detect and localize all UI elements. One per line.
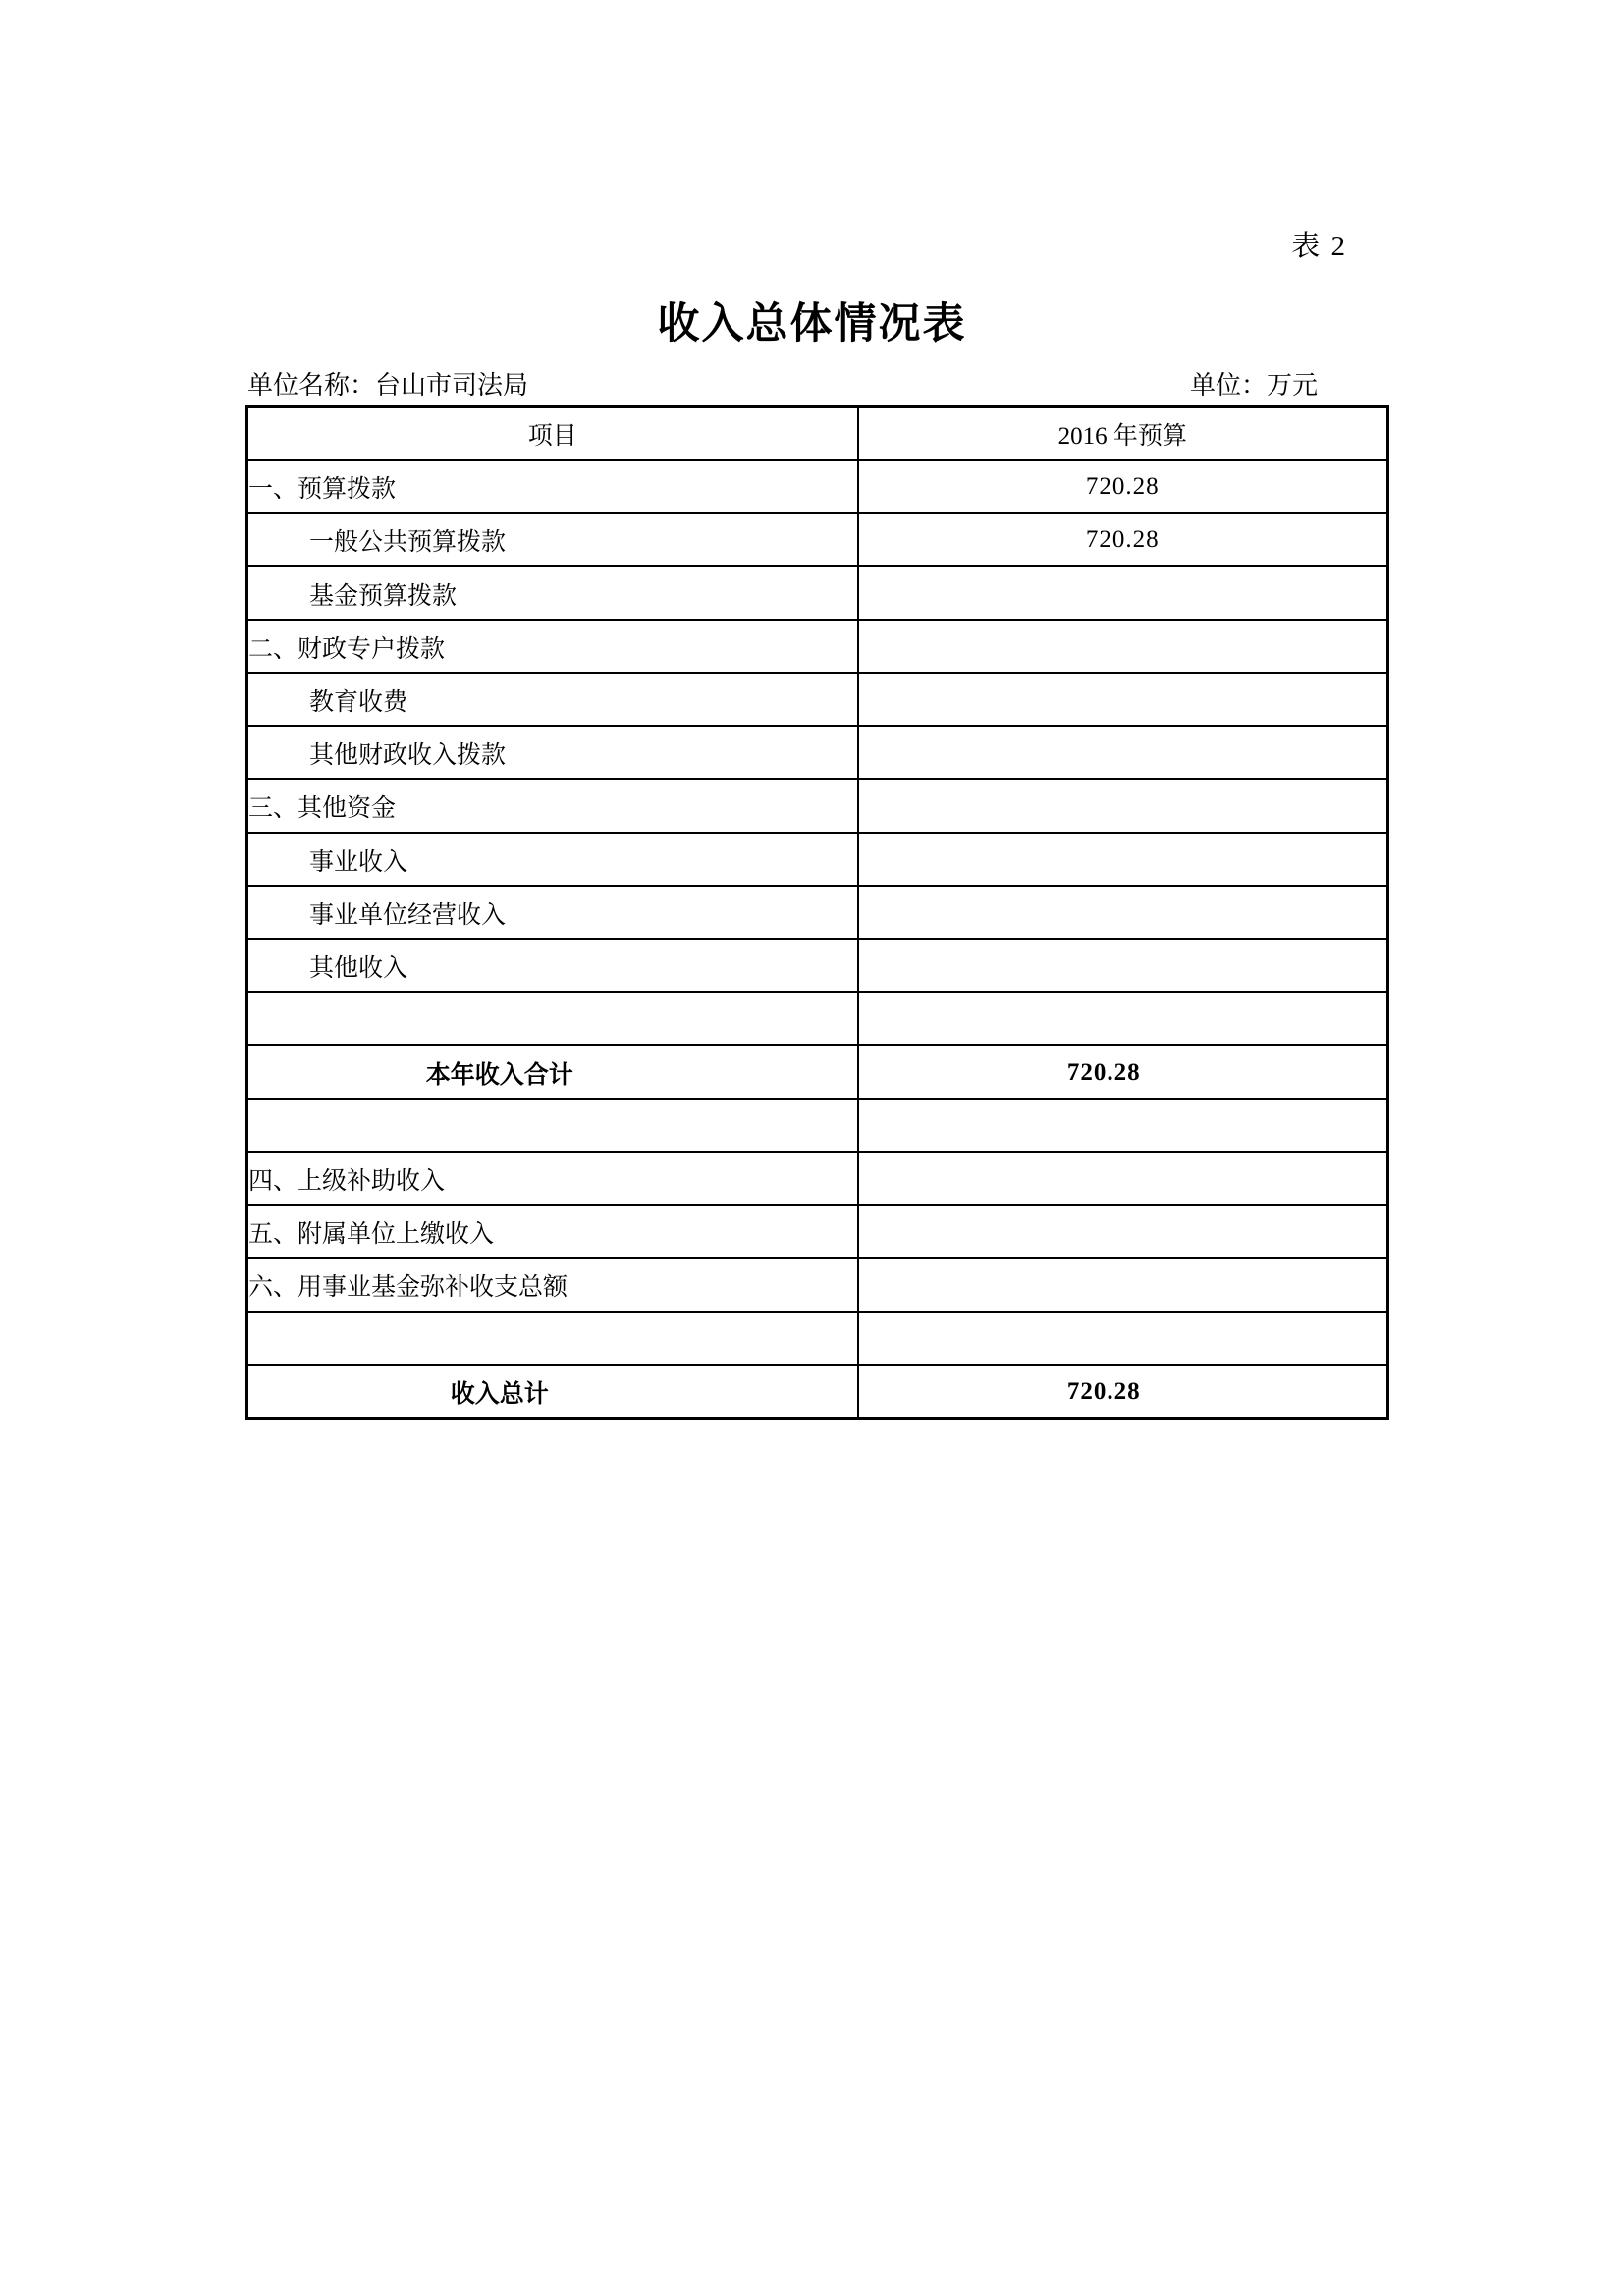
row-label-cell: 四、上级补助收入 <box>247 1152 858 1205</box>
currency-unit-value: 万元 <box>1267 371 1318 400</box>
table-row: 基金预算拨款 <box>247 566 1388 619</box>
row-value-cell <box>858 673 1388 726</box>
income-summary-table: 项目 2016 年预算 一、预算拨款 720.28 一般公共预算拨款 720.2… <box>245 405 1389 1420</box>
table-row: 五、附属单位上缴收入 <box>247 1205 1388 1258</box>
row-label-cell: 收入总计 <box>247 1365 858 1419</box>
table-number: 表 2 <box>0 224 1347 264</box>
table-row <box>247 1099 1388 1152</box>
table-row: 一、预算拨款 720.28 <box>247 460 1388 513</box>
table-row: 收入总计 720.28 <box>247 1365 1388 1419</box>
table-row: 本年收入合计 720.28 <box>247 1045 1388 1098</box>
row-label-cell: 其他财政收入拨款 <box>247 726 858 779</box>
row-value-cell <box>858 1258 1388 1311</box>
row-label-cell: 基金预算拨款 <box>247 566 858 619</box>
row-label-cell: 一、预算拨款 <box>247 460 858 513</box>
table-row: 一般公共预算拨款 720.28 <box>247 513 1388 566</box>
row-label-cell <box>247 1312 858 1365</box>
column-header-item: 项目 <box>247 407 858 461</box>
row-value-cell: 720.28 <box>858 460 1388 513</box>
row-label-cell: 其他收入 <box>247 939 858 992</box>
unit-name: 单位名称：台山市司法局 <box>247 365 528 401</box>
table-row: 事业单位经营收入 <box>247 886 1388 939</box>
row-label-cell: 本年收入合计 <box>247 1045 858 1098</box>
row-label-cell <box>247 992 858 1045</box>
row-label-cell <box>247 1099 858 1152</box>
row-value-cell <box>858 833 1388 886</box>
row-label-cell: 六、用事业基金弥补收支总额 <box>247 1258 858 1311</box>
income-table-body: 一、预算拨款 720.28 一般公共预算拨款 720.28 基金预算拨款 二、财… <box>247 460 1388 1419</box>
row-value-cell <box>858 939 1388 992</box>
meta-line: 单位名称：台山市司法局 单位：万元 <box>247 365 1386 401</box>
currency-unit: 单位：万元 <box>1190 365 1386 401</box>
column-header-budget: 2016 年预算 <box>858 407 1388 461</box>
header-row: 项目 2016 年预算 <box>247 407 1388 461</box>
row-value-cell <box>858 779 1388 832</box>
row-value-cell <box>858 1099 1388 1152</box>
table-row: 其他收入 <box>247 939 1388 992</box>
row-label-cell: 事业收入 <box>247 833 858 886</box>
row-label-cell: 事业单位经营收入 <box>247 886 858 939</box>
row-label-cell: 教育收费 <box>247 673 858 726</box>
currency-unit-label: 单位： <box>1190 371 1267 400</box>
row-value-cell <box>858 1312 1388 1365</box>
table-row: 二、财政专户拨款 <box>247 620 1388 673</box>
table-row: 四、上级补助收入 <box>247 1152 1388 1205</box>
unit-name-value: 台山市司法局 <box>375 371 528 400</box>
row-value-cell <box>858 886 1388 939</box>
row-label-cell: 五、附属单位上缴收入 <box>247 1205 858 1258</box>
row-label-cell: 三、其他资金 <box>247 779 858 832</box>
table-row: 三、其他资金 <box>247 779 1388 832</box>
row-value-cell <box>858 1205 1388 1258</box>
table-row: 事业收入 <box>247 833 1388 886</box>
table-row <box>247 992 1388 1045</box>
row-value-cell <box>858 566 1388 619</box>
row-value-cell <box>858 1152 1388 1205</box>
table-row: 六、用事业基金弥补收支总额 <box>247 1258 1388 1311</box>
document-page: 表 2 收入总体情况表 单位名称：台山市司法局 单位：万元 项目 2016 年预… <box>0 0 1624 2296</box>
row-value-cell: 720.28 <box>858 1365 1388 1419</box>
row-value-cell: 720.28 <box>858 513 1388 566</box>
unit-name-label: 单位名称： <box>247 371 375 400</box>
row-value-cell: 720.28 <box>858 1045 1388 1098</box>
table-row: 教育收费 <box>247 673 1388 726</box>
row-label-cell: 一般公共预算拨款 <box>247 513 858 566</box>
table-row: 其他财政收入拨款 <box>247 726 1388 779</box>
row-value-cell <box>858 726 1388 779</box>
page-title: 收入总体情况表 <box>0 291 1624 350</box>
row-label-cell: 二、财政专户拨款 <box>247 620 858 673</box>
row-value-cell <box>858 620 1388 673</box>
table-row <box>247 1312 1388 1365</box>
row-value-cell <box>858 992 1388 1045</box>
